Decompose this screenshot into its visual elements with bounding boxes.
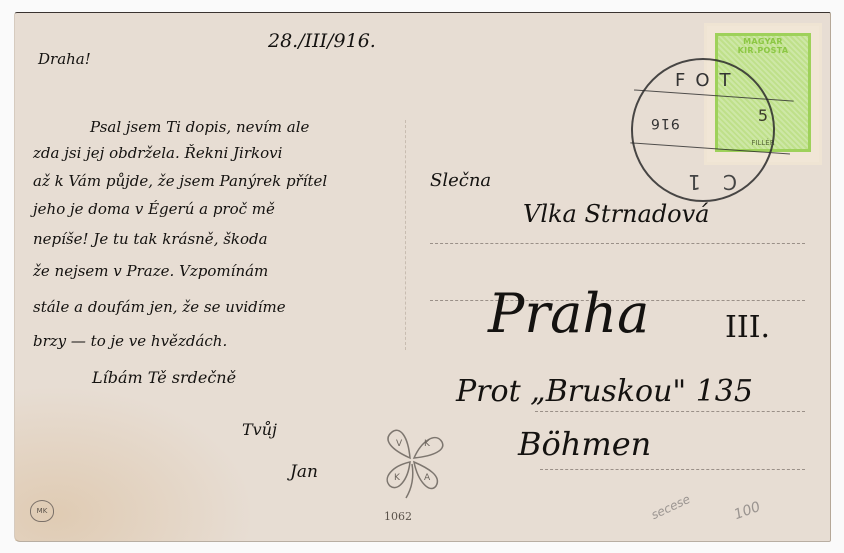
message-line: nepíše! Je tu tak krásně, škoda xyxy=(33,230,268,248)
address-rule xyxy=(535,411,805,412)
message-line: až k Vám půjde, že jsem Panýrek přítel xyxy=(33,172,327,190)
signature-line-2: Jan xyxy=(290,462,318,482)
message-line: zda jsi jej obdržela. Řekni Jirkovi xyxy=(33,144,282,162)
clover-letter: V xyxy=(396,439,403,449)
publisher-logo-icon: MK xyxy=(30,500,54,522)
address-rule xyxy=(540,469,805,470)
message-line: stále a doufám jen, že se uvidíme xyxy=(33,298,286,316)
message-line: Psal jsem Ti dopis, nevím ale xyxy=(90,118,309,136)
address-rule xyxy=(430,243,805,244)
signature-line-1: Tvůj xyxy=(242,420,277,439)
address-city: Praha xyxy=(488,282,649,345)
serial-number: 1062 xyxy=(384,510,412,523)
clover-letter: K xyxy=(394,473,401,483)
address-district: III. xyxy=(725,310,770,345)
stamp-header: MAGYAR KIR.POSTA xyxy=(718,37,808,55)
message-closing: Líbám Tě srdečně xyxy=(92,368,236,387)
postmark-top-text: FOT xyxy=(675,70,741,91)
clover-letter: K xyxy=(424,439,431,449)
address-salutation: Slečna xyxy=(430,170,491,191)
postmark-bottom-text: C 1 xyxy=(680,170,737,194)
message-line: že nejsem v Praze. Vzpomínám xyxy=(33,262,268,280)
clover-letter: A xyxy=(424,473,431,483)
address-street: Prot „Bruskou" 135 xyxy=(456,374,753,409)
message-line: jeho je doma v Égerú a proč mě xyxy=(33,200,275,218)
postmark-date: 916 xyxy=(650,115,680,131)
address-country: Böhmen xyxy=(518,425,651,463)
clover-icon: V K K A xyxy=(372,420,452,500)
message-line: brzy — to je ve hvězdách. xyxy=(33,332,227,350)
center-divider xyxy=(405,120,406,350)
message-date: 28./III/916. xyxy=(268,30,376,52)
address-recipient: Vlka Strnadová xyxy=(523,200,710,228)
message-greeting: Draha! xyxy=(38,50,91,68)
